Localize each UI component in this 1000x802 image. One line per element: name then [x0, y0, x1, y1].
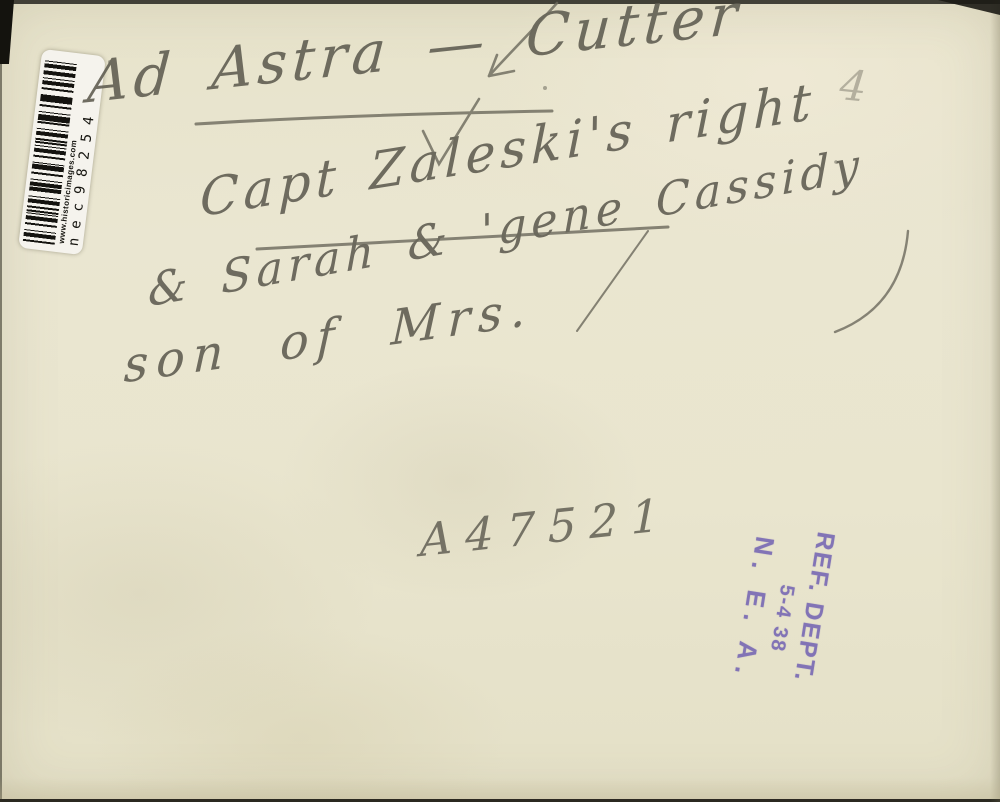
stray-pencil-line: [577, 231, 648, 331]
scan-edge-top: [0, 0, 1000, 4]
paper-bottom-shading: [0, 777, 1000, 799]
pencil-strokes: [0, 0, 1000, 802]
scan-corner-top-left: [0, 0, 14, 64]
catalog-number: A47521: [420, 487, 672, 567]
handwriting-flourish: [835, 231, 908, 332]
ref-dept-stamp: REF. DEPT. 5-4 38 N. E. A.: [702, 519, 840, 782]
corner-pencil-mark: 4: [837, 60, 869, 112]
pencil-dot: [543, 86, 547, 90]
scan-edge-left: [0, 0, 2, 802]
photo-back: www.historicimages.com nec98254 Ad Astra…: [0, 0, 1000, 802]
scan-edge-right: [990, 0, 1000, 802]
